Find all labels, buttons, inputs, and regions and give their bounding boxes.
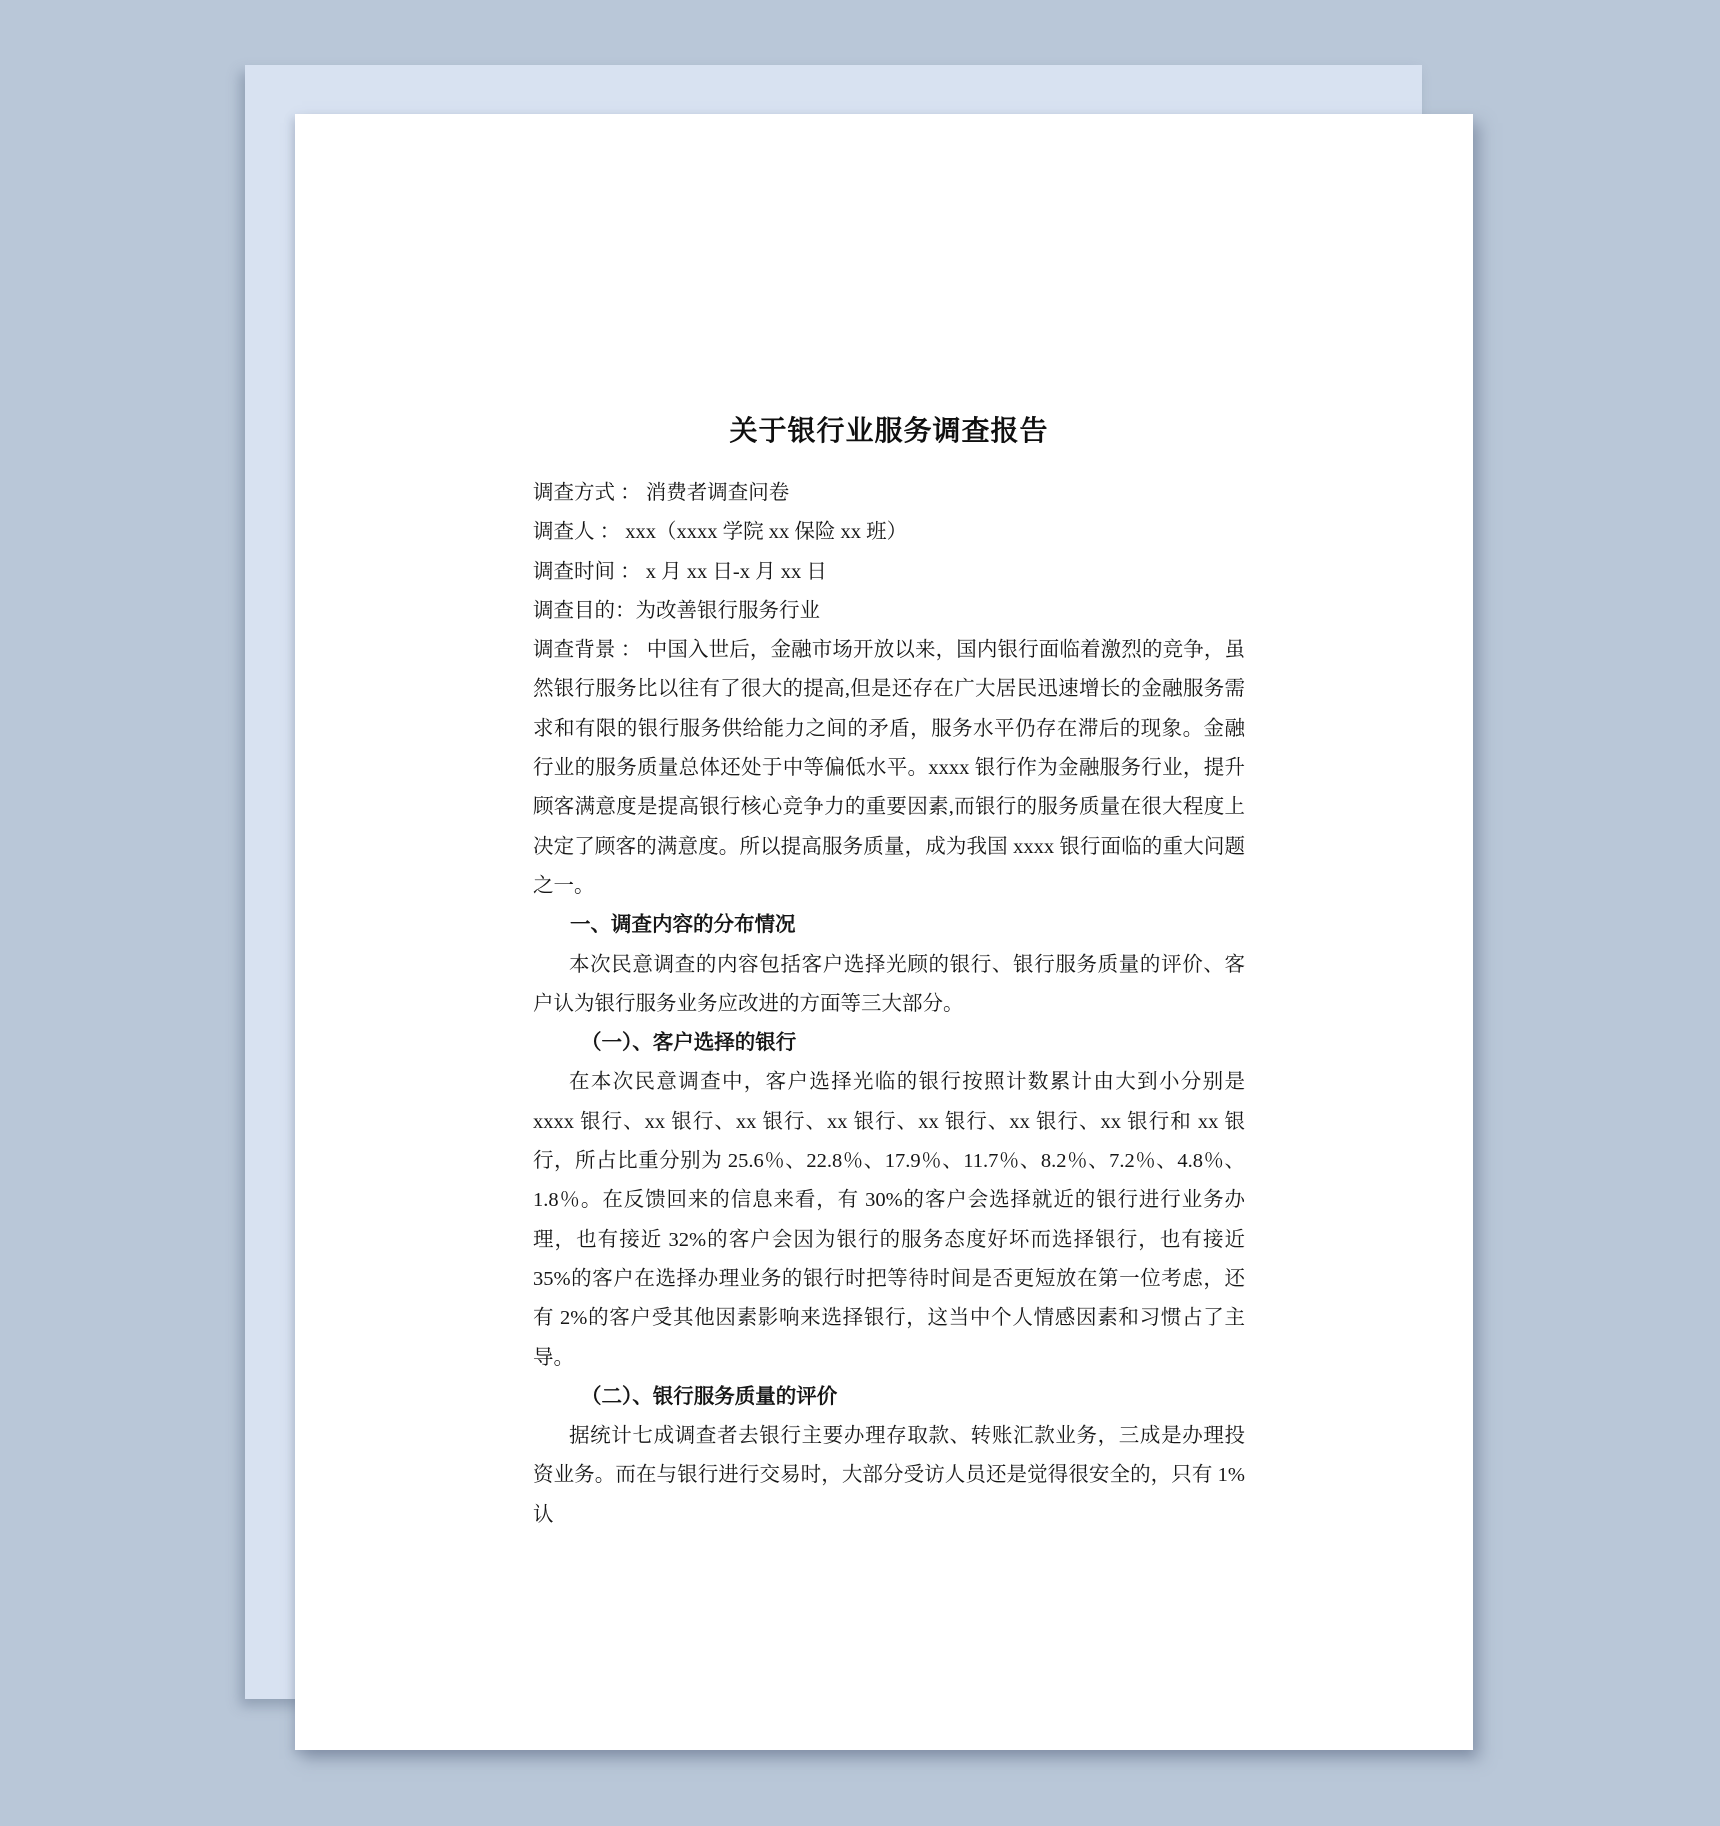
subsection-1-heading: （一）、客户选择的银行 — [533, 1024, 1245, 1063]
meta-survey-time: 调查时间 ： x 月 xx 日-x 月 xx 日 — [533, 553, 1245, 592]
subsection-2-heading: （二）、银行服务质量的评价 — [533, 1378, 1245, 1417]
document-content: 关于银行业服务调查报告 调查方式 ： 消费者调查问卷 调查人 ： xxx（xxx… — [295, 412, 1473, 1535]
document-page: 关于银行业服务调查报告 调查方式 ： 消费者调查问卷 调查人 ： xxx（xxx… — [295, 114, 1473, 1750]
template-preview: 关于银行业服务调查报告 调查方式 ： 消费者调查问卷 调查人 ： xxx（xxx… — [0, 0, 1720, 1826]
subsection-1-body: 在本次民意调查中，客户选择光临的银行按照计数累计由大到小分别是 xxxx 银行、… — [533, 1063, 1245, 1377]
document-title: 关于银行业服务调查报告 — [533, 412, 1245, 452]
meta-survey-background: 调查背景 ： 中国入世后，金融市场开放以来，国内银行面临着激烈的竞争，虽然银行服… — [533, 631, 1245, 906]
meta-survey-purpose: 调查目的：为改善银行服务行业 — [533, 592, 1245, 631]
meta-survey-method: 调查方式 ： 消费者调查问卷 — [533, 474, 1245, 513]
meta-surveyor: 调查人 ： xxx（xxxx 学院 xx 保险 xx 班） — [533, 513, 1245, 552]
section-1-intro: 本次民意调查的内容包括客户选择光顾的银行、银行服务质量的评价、客户认为银行服务业… — [533, 946, 1245, 1025]
subsection-2-body: 据统计七成调查者去银行主要办理存取款、转账汇款业务，三成是办理投资业务。而在与银… — [533, 1417, 1245, 1535]
section-1-heading: 一、调查内容的分布情况 — [533, 906, 1245, 945]
